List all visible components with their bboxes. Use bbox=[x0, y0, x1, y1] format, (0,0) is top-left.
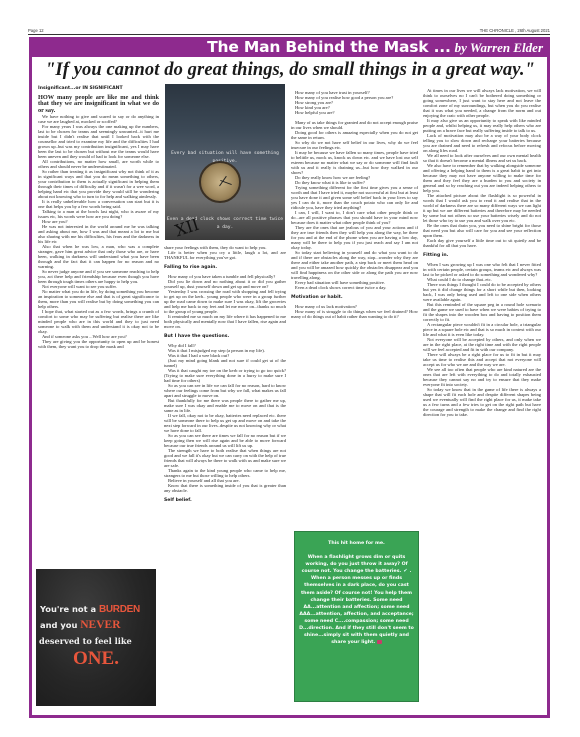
paragraph: It is really unbelievable how a conversa… bbox=[38, 199, 159, 209]
paragraph: Also that when he was low, a man, who wa… bbox=[38, 244, 159, 269]
section-heading: Fitting in. bbox=[423, 253, 541, 258]
paragraph: Not everyone will be accepted by others,… bbox=[423, 337, 541, 352]
paragraph: There was things I thought I could do to… bbox=[423, 282, 541, 302]
paragraph: How helpful you are? bbox=[291, 110, 418, 115]
paragraph: So today we know that in the game of lif… bbox=[423, 387, 541, 417]
paragraph: Each day give yourself a little time out… bbox=[423, 238, 541, 248]
burden-image: You're not a BURDEN and you NEVER deserv… bbox=[36, 569, 156, 706]
paragraph: But this reminded of the square peg in a… bbox=[423, 302, 541, 322]
paragraph: The strength we have to both realise tha… bbox=[164, 448, 286, 468]
article-title: The Man Behind the Mask ... bbox=[207, 38, 450, 56]
paragraph: Many of us take things for granted and d… bbox=[291, 120, 418, 130]
paragraph: Even a dead clock shows correct time twi… bbox=[291, 285, 418, 290]
quote-box-body: When a flashlight grows dim or quits wor… bbox=[298, 554, 415, 646]
paragraph: We also have to remember that by walking… bbox=[423, 163, 541, 193]
paragraph: So why do we not have self belief in our… bbox=[291, 140, 418, 150]
paragraph: But thankfully for me there was people t… bbox=[164, 398, 286, 413]
paragraph: Doing good for others is amazing especia… bbox=[291, 130, 418, 140]
burden-line-2: and you NEVER bbox=[40, 619, 121, 631]
paragraph: Was it that caught my toe on the kerb or… bbox=[164, 368, 286, 383]
paragraph: So today start believing in yourself and… bbox=[291, 250, 418, 280]
lead-paragraph: HOW many people are like me and think th… bbox=[38, 95, 159, 114]
paragraph: We see all too often that people who are… bbox=[423, 367, 541, 387]
burden-text: and you bbox=[40, 620, 80, 630]
paragraph: It may also give us an opportunity to sp… bbox=[423, 118, 541, 133]
section-heading: Motivation or habit. bbox=[291, 295, 418, 300]
paragraph: Talking to a man at the bowls last night… bbox=[38, 209, 159, 219]
flashlight-quote-box: This hit home for me. When a flashlight … bbox=[294, 531, 419, 702]
paragraph: Be the ones that drain you, you need to … bbox=[423, 223, 541, 238]
paragraph: They are the ones that are jealous of yo… bbox=[291, 225, 418, 250]
column-2: share your feelings with them, they do w… bbox=[164, 245, 286, 507]
paragraph: It may be because we have fallen so many… bbox=[291, 150, 418, 175]
header-rule bbox=[28, 34, 550, 35]
quote-box-text: . When a person messes up or finds thems… bbox=[299, 569, 414, 645]
paragraph: I hope that, what started out as a few w… bbox=[38, 309, 159, 334]
column-4: At times in our lives we will always lac… bbox=[423, 88, 541, 417]
paragraph: For many years I was always the one maki… bbox=[38, 124, 159, 159]
paragraph: Life is better when you cry a little, la… bbox=[164, 250, 286, 260]
paragraph: Know that there is something inside of y… bbox=[164, 483, 286, 493]
paragraph: A rectangular piece wouldn't fit in a ci… bbox=[423, 322, 541, 337]
column-1: Insignificant...or IN SIGNIFICANT HOW ma… bbox=[38, 86, 159, 326]
paragraph: No matter what you do in life, by doing … bbox=[38, 289, 159, 309]
paragraph: At times in our lives we will always lac… bbox=[423, 88, 541, 118]
title-banner: The Man Behind the Mask ... by Warren El… bbox=[29, 37, 550, 57]
battery-emoji-icon: ✔ bbox=[403, 569, 408, 573]
paragraph: Lack of motivation may also be a way of … bbox=[423, 133, 541, 153]
paragraph: How many of is struggle to do things whe… bbox=[291, 309, 418, 319]
burden-emphasis: BURDEN bbox=[99, 604, 140, 615]
paragraph: So as you can see in life we can fall fo… bbox=[164, 383, 286, 398]
burden-text: You're not a bbox=[40, 604, 99, 614]
pull-quote: "If you cannot do great things, do small… bbox=[40, 60, 540, 81]
quote-box-heading: This hit home for me. bbox=[298, 540, 415, 547]
paragraph: When I was growing up I was one who felt… bbox=[423, 262, 541, 277]
paragraph: If we fall, okay not to be okay, batteri… bbox=[164, 413, 286, 433]
paragraph: Thanks again to the kind young people wh… bbox=[164, 468, 286, 478]
column-3: How many of you have trust in yourself? … bbox=[291, 90, 418, 319]
paragraph: Trying something different for the first… bbox=[291, 185, 418, 210]
section-heading: Falling to rise again. bbox=[164, 265, 286, 270]
burden-emphasis: NEVER bbox=[80, 619, 120, 631]
paragraph: We all need to look after ourselves and … bbox=[423, 153, 541, 163]
paragraph: We have nothing to give and scared to sa… bbox=[38, 114, 159, 124]
burden-line-4: ONE. bbox=[36, 648, 156, 670]
paragraph: The attached picture about the flashligh… bbox=[423, 193, 541, 223]
paragraph: (Just my mind going blank and not sure i… bbox=[164, 358, 286, 368]
paragraph: Yesterday I was crossing the road with s… bbox=[164, 289, 286, 314]
quote-box-text: When a flashlight grows dim or quits wor… bbox=[302, 555, 408, 574]
paragraph: All contributions, no matter how small, … bbox=[38, 159, 159, 169]
clock-image: Every bad situation will have something … bbox=[165, 84, 285, 240]
battery-emoji-icon bbox=[377, 640, 382, 644]
paragraph: Did you lie down and no nothing about it… bbox=[164, 279, 286, 289]
section-heading: Insignificant...or IN SIGNIFICANT bbox=[38, 86, 159, 91]
section-heading: Self belief. bbox=[164, 498, 286, 503]
paragraph: There will always be a right place for u… bbox=[423, 352, 541, 367]
section-heading: But I have the questions. bbox=[164, 334, 286, 339]
paragraph: So as you can see there are times we fal… bbox=[164, 433, 286, 448]
page-number: Page 12 bbox=[28, 28, 44, 33]
paragraph: I can, I will, I want to, I don't care w… bbox=[291, 210, 418, 225]
byline: by Warren Elder bbox=[455, 40, 543, 55]
paragraph: So never judge anyone and if you see som… bbox=[38, 269, 159, 284]
paragraph: He was not interested in the world aroun… bbox=[38, 224, 159, 244]
edition-date: THE CHRONICLE , 26th August 2021 bbox=[480, 28, 550, 33]
burden-line-1: You're not a BURDEN bbox=[40, 604, 140, 615]
burden-line-3: deserved to feel like bbox=[39, 636, 132, 646]
paragraph: It reminded me so much on my life where … bbox=[164, 314, 286, 329]
paragraph: They are giving you the opportunity to o… bbox=[38, 339, 159, 349]
paragraph: So rather than treating it as insignific… bbox=[38, 169, 159, 199]
